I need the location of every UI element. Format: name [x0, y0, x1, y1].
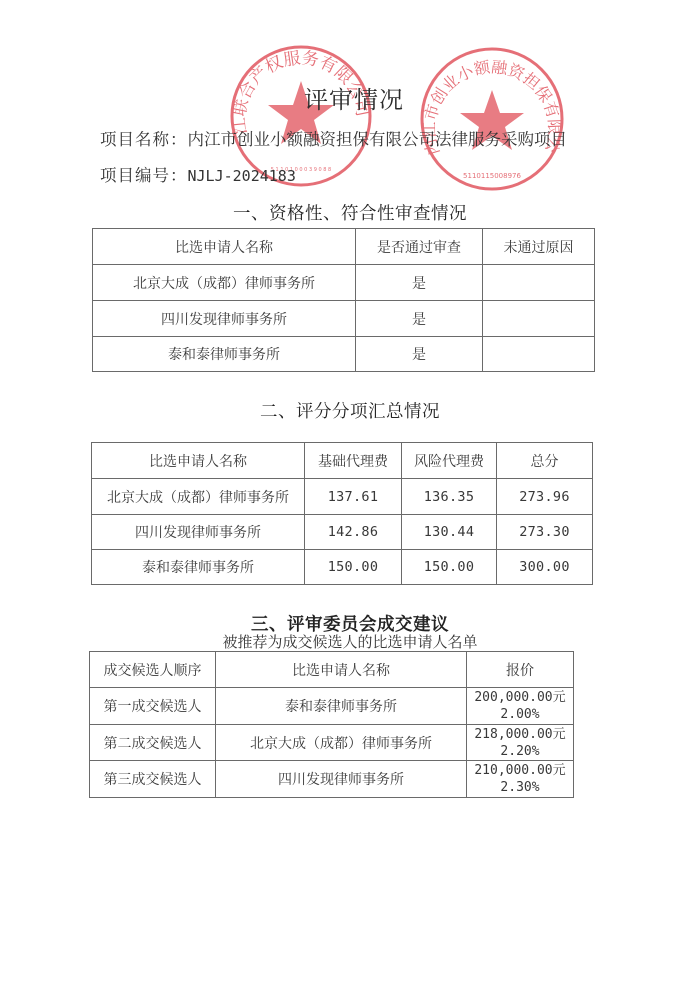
quote-rate: 2.20% — [467, 743, 573, 760]
column-header: 比选申请人名称 — [92, 443, 305, 479]
candidate-rank: 第三成交候选人 — [90, 761, 216, 798]
candidate-rank: 第一成交候选人 — [90, 688, 216, 725]
section3-subtitle: 被推荐为成交候选人的比选申请人名单 — [0, 631, 700, 652]
quote-cell: 218,000.00元 2.20% — [467, 725, 574, 761]
project-number-label: 项目编号： — [100, 166, 188, 185]
review-passed: 是 — [356, 265, 483, 301]
table-row: 北京大成（成都）律师事务所 是 — [93, 265, 595, 301]
project-name-value: 内江市创业小额融资担保有限公司法律服务采购项目 — [188, 130, 568, 149]
table-row: 泰和泰律师事务所 是 — [93, 337, 595, 372]
review-passed: 是 — [356, 337, 483, 372]
currency-unit: 元 — [553, 763, 566, 778]
column-header: 风险代理费 — [402, 443, 497, 479]
table-row: 第三成交候选人 四川发现律师事务所 210,000.00元 2.30% — [90, 761, 574, 798]
currency-unit: 元 — [553, 727, 566, 742]
page-title: 评审情况 — [0, 80, 700, 115]
column-header: 报价 — [467, 652, 574, 688]
table-row: 四川发现律师事务所 是 — [93, 301, 595, 337]
base-fee-score: 137.61 — [305, 479, 402, 515]
total-score: 300.00 — [497, 550, 593, 585]
candidate-rank: 第二成交候选人 — [90, 725, 216, 761]
qualification-review-table: 比选申请人名称 是否通过审查 未通过原因 北京大成（成都）律师事务所 是 四川发… — [92, 228, 595, 372]
risk-fee-score: 150.00 — [402, 550, 497, 585]
fail-reason — [483, 301, 595, 337]
quote-amount: 200,000.00 — [474, 690, 552, 705]
currency-unit: 元 — [553, 690, 566, 705]
total-score: 273.96 — [497, 479, 593, 515]
applicant-name: 泰和泰律师事务所 — [93, 337, 356, 372]
applicant-name: 北京大成（成都）律师事务所 — [93, 265, 356, 301]
column-header: 总分 — [497, 443, 593, 479]
applicant-name: 北京大成（成都）律师事务所 — [216, 725, 467, 761]
quote-amount: 210,000.00 — [474, 763, 552, 778]
applicant-name: 北京大成（成都）律师事务所 — [92, 479, 305, 515]
table-header-row: 成交候选人顺序 比选申请人名称 报价 — [90, 652, 574, 688]
column-header: 比选申请人名称 — [216, 652, 467, 688]
column-header: 基础代理费 — [305, 443, 402, 479]
table-row: 四川发现律师事务所 142.86 130.44 273.30 — [92, 515, 593, 550]
score-summary-table: 比选申请人名称 基础代理费 风险代理费 总分 北京大成（成都）律师事务所 137… — [91, 442, 593, 585]
project-number-line: 项目编号：NJLJ-2024183 — [100, 162, 296, 186]
quote-rate: 2.30% — [467, 779, 573, 796]
column-header: 成交候选人顺序 — [90, 652, 216, 688]
project-name-label: 项目名称： — [100, 130, 188, 149]
svg-text:5110115008976: 5110115008976 — [463, 172, 521, 180]
official-seal-right: 内江市创业小额融资担保有限公司 5110115008976 — [418, 45, 566, 193]
quote-cell: 210,000.00元 2.30% — [467, 761, 574, 798]
project-name-line: 项目名称：内江市创业小额融资担保有限公司法律服务采购项目 — [100, 126, 567, 150]
quote-rate: 2.00% — [467, 706, 573, 723]
applicant-name: 四川发现律师事务所 — [93, 301, 356, 337]
applicant-name: 泰和泰律师事务所 — [216, 688, 467, 725]
fail-reason — [483, 265, 595, 301]
table-row: 泰和泰律师事务所 150.00 150.00 300.00 — [92, 550, 593, 585]
base-fee-score: 150.00 — [305, 550, 402, 585]
applicant-name: 泰和泰律师事务所 — [92, 550, 305, 585]
quote-amount: 218,000.00 — [474, 727, 552, 742]
applicant-name: 四川发现律师事务所 — [216, 761, 467, 798]
table-row: 第二成交候选人 北京大成（成都）律师事务所 218,000.00元 2.20% — [90, 725, 574, 761]
section2-heading: 二、评分分项汇总情况 — [0, 398, 700, 423]
table-header-row: 比选申请人名称 是否通过审查 未通过原因 — [93, 229, 595, 265]
base-fee-score: 142.86 — [305, 515, 402, 550]
risk-fee-score: 130.44 — [402, 515, 497, 550]
fail-reason — [483, 337, 595, 372]
recommended-candidates-table: 成交候选人顺序 比选申请人名称 报价 第一成交候选人 泰和泰律师事务所 200,… — [89, 651, 574, 798]
section1-heading: 一、资格性、符合性审查情况 — [0, 200, 700, 225]
table-header-row: 比选申请人名称 基础代理费 风险代理费 总分 — [92, 443, 593, 479]
quote-cell: 200,000.00元 2.00% — [467, 688, 574, 725]
table-row: 北京大成（成都）律师事务所 137.61 136.35 273.96 — [92, 479, 593, 515]
column-header: 比选申请人名称 — [93, 229, 356, 265]
column-header: 未通过原因 — [483, 229, 595, 265]
applicant-name: 四川发现律师事务所 — [92, 515, 305, 550]
project-number-value: NJLJ-2024183 — [188, 167, 296, 185]
column-header: 是否通过审查 — [356, 229, 483, 265]
review-passed: 是 — [356, 301, 483, 337]
table-row: 第一成交候选人 泰和泰律师事务所 200,000.00元 2.00% — [90, 688, 574, 725]
total-score: 273.30 — [497, 515, 593, 550]
risk-fee-score: 136.35 — [402, 479, 497, 515]
